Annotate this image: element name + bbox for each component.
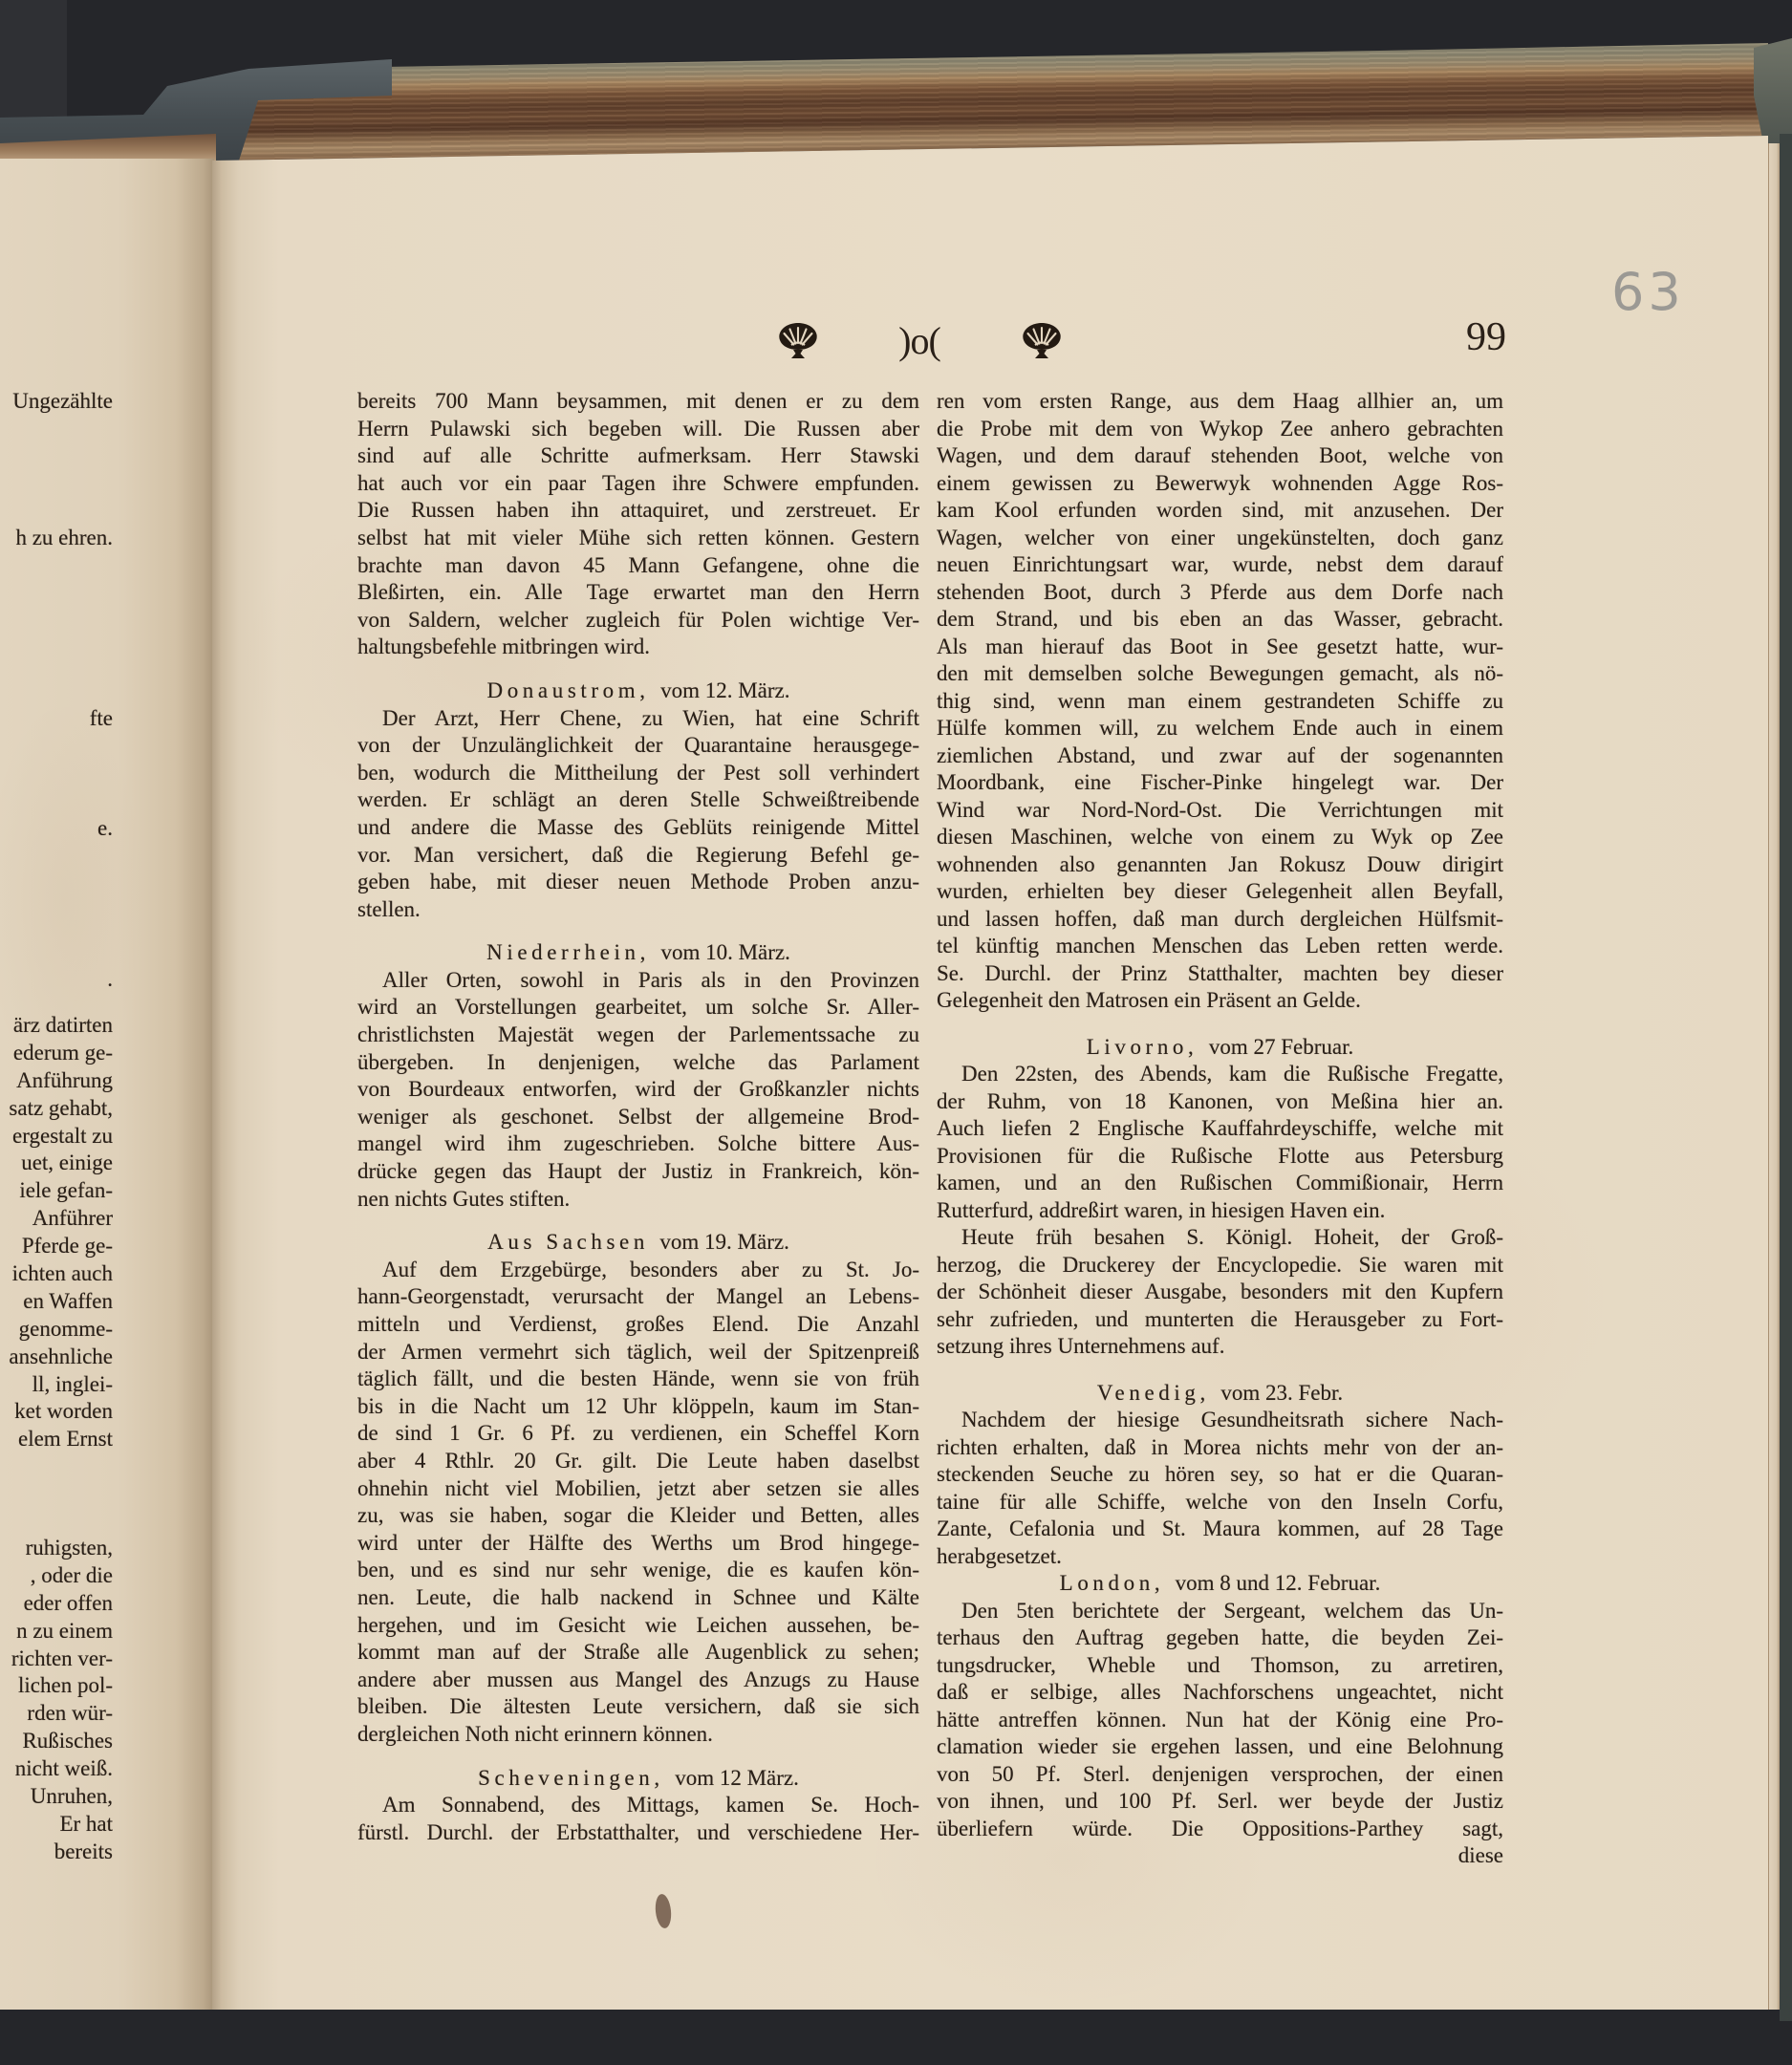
text-line: bis in die Nacht um 12 Uhr klöppeln, kau… xyxy=(357,1393,919,1421)
facing-page-fragment-line: Anführung xyxy=(0,1067,113,1095)
text-line: von der Unzulänglichkeit der Quarantaine… xyxy=(357,732,919,760)
page-number: 99 xyxy=(1453,315,1506,359)
text-line: Herrn Pulawski sich begeben will. Die Ru… xyxy=(357,416,919,443)
heading-date: vom 8 und 12. Februar. xyxy=(1176,1571,1381,1595)
facing-page-fragment-line: n zu einem xyxy=(0,1618,113,1646)
text-line: brachte man davon 45 Mann Gefangene, ohn… xyxy=(357,552,919,580)
cover-edge xyxy=(1780,134,1792,2021)
text-line: haltungsbefehle mitbringen wird. xyxy=(357,634,919,661)
text-line: zu, was sie haben, sogar die Kleider und… xyxy=(357,1502,919,1530)
text-line: taine für alle Schiffe, welche von den I… xyxy=(937,1489,1503,1516)
text-line: neuen Einrichtungsart war, wurde, nebst … xyxy=(937,551,1503,579)
text-line: tel künftig manchen Menschen das Leben r… xyxy=(937,933,1503,960)
text-line: christlichsten Majestät wegen der Parlem… xyxy=(357,1022,919,1049)
text-line: wurden, erhielten bey dieser Gelegenheit… xyxy=(937,878,1503,906)
text-line: übergeben. In denjenigen, welche das Par… xyxy=(357,1049,919,1077)
text-line: Gelegenheit den Matrosen ein Präsent an … xyxy=(937,987,1503,1015)
facing-page-fragment-line: e. xyxy=(0,815,113,843)
text-line: wird an Vorstellungen gearbeitet, um sol… xyxy=(357,994,919,1022)
text-line: überliefern würde. Die Oppositions-Parth… xyxy=(937,1816,1503,1843)
facing-page-fragment-line: nicht weiß. xyxy=(0,1755,113,1783)
text-line: fürstl. Durchl. der Erbstatthalter, und … xyxy=(357,1819,919,1847)
text-line: und andere die Masse des Geblüts reinige… xyxy=(357,814,919,842)
article-heading: Scheveningen,vom 12 März. xyxy=(357,1765,919,1793)
article-heading: Venedig,vom 23. Febr. xyxy=(937,1380,1503,1408)
text-line: Se. Durchl. der Prinz Statthalter, macht… xyxy=(937,960,1503,988)
article: Venedig,vom 23. Febr. Nachdem der hiesig… xyxy=(937,1380,1503,1571)
text-line: der Schönheit dieser Ausgabe, besonders … xyxy=(937,1279,1503,1306)
text-line: der Armen vermehrt sich täglich, weil de… xyxy=(357,1339,919,1366)
text-line: vor. Man versichert, daß die Regierung B… xyxy=(357,842,919,870)
text-line: stehenden Boot, durch 3 Pferde aus dem D… xyxy=(937,579,1503,607)
heading-date: vom 19. März. xyxy=(659,1230,788,1254)
text-line: hergehen, und im Gesicht wie Leichen aus… xyxy=(357,1612,919,1640)
text-line: weniger als geschonet. Selbst der allgem… xyxy=(357,1104,919,1131)
heading-place: Niederrhein, xyxy=(486,940,650,964)
text-line: werden. Er schlägt an deren Stelle Schwe… xyxy=(357,786,919,814)
text-line: bereits 700 Mann beysammen, mit denen er… xyxy=(357,388,919,416)
text-line: stellen. xyxy=(357,896,919,924)
text-line: den mit demselben solche Bewegungen gema… xyxy=(937,660,1503,688)
text-line: bleiben. Die ältesten Leute versichern, … xyxy=(357,1693,919,1721)
text-line: clamation wieder sie ergehen lassen, und… xyxy=(937,1733,1503,1761)
text-line: steckenden Seuche zu hören sey, so hat e… xyxy=(937,1461,1503,1489)
column-right: ren vom ersten Range, aus dem Haag allhi… xyxy=(937,388,1503,1870)
text-line: richten erhalten, daß in Morea nichts me… xyxy=(937,1434,1503,1462)
text-line: tungsdrucker, Wheble und Thomson, zu arr… xyxy=(937,1652,1503,1680)
text-line: Der Arzt, Herr Chene, zu Wien, hat eine … xyxy=(357,705,919,733)
text-line: Heute früh besahen S. Königl. Hoheit, de… xyxy=(937,1224,1503,1252)
article-heading: Livorno,vom 27 Februar. xyxy=(937,1034,1503,1062)
text-line: wird unter der Hälfte des Werths um Brod… xyxy=(357,1530,919,1558)
text-line: wohnenden also genannten Jan Rokusz Douw… xyxy=(937,851,1503,879)
text-line: dergleichen Noth nicht erinnern können. xyxy=(357,1721,919,1749)
facing-page-fragment-line: ll, inglei- xyxy=(0,1371,113,1399)
facing-page-fragment-line: Anführer xyxy=(0,1205,113,1233)
text-line: Moordbank, eine Fischer-Pinke hingelegt … xyxy=(937,769,1503,797)
facing-page-fragment-line: elem Ernst xyxy=(0,1426,113,1453)
text-line: ren vom ersten Range, aus dem Haag allhi… xyxy=(937,388,1503,416)
text-line: diesen Maschinen, welche von einem zu Wy… xyxy=(937,824,1503,851)
text-line: von Bourdeaux entworfen, wird der Großka… xyxy=(357,1076,919,1104)
shell-ornament-icon xyxy=(1020,322,1064,360)
heading-place: Donaustrom, xyxy=(487,678,650,702)
article-heading: London,vom 8 und 12. Februar. xyxy=(937,1570,1503,1598)
text-line: aber 4 Rthlr. 20 Gr. gilt. Die Leute hab… xyxy=(357,1448,919,1475)
text-line: Nachdem der hiesige Gesundheitsrath sich… xyxy=(937,1407,1503,1434)
facing-page-fragment-line: ket worden xyxy=(0,1398,113,1426)
text-line: Als man hierauf das Boot in See gesetzt … xyxy=(937,634,1503,661)
text-line: Auf dem Erzgebürge, besonders aber zu St… xyxy=(357,1257,919,1284)
facing-page-fragment-line: rden wür- xyxy=(0,1700,113,1728)
text-line: selbst hat mit vieler Mühe sich retten k… xyxy=(357,525,919,552)
text-line: Bleßirten, ein. Alle Tage erwartet man d… xyxy=(357,579,919,607)
facing-page-fragment-line: ergestalt zu xyxy=(0,1123,113,1151)
heading-place: Livorno, xyxy=(1087,1035,1198,1059)
facing-page-fragment-line: bereits xyxy=(0,1839,113,1866)
facing-page-fragment-line: richten ver- xyxy=(0,1646,113,1673)
facing-page-fragment-line: eder offen xyxy=(0,1590,113,1618)
text-line: mitteln und Verdienst, großes Elend. Die… xyxy=(357,1311,919,1339)
facing-page-fragment-line: Unruhen, xyxy=(0,1783,113,1811)
facing-page-fragment-line: satz gehabt, xyxy=(0,1095,113,1123)
text-line: ziemlichen Abstand, und zwar auf der sog… xyxy=(937,742,1503,770)
text-line: hat auch vor ein paar Tagen ihre Schwere… xyxy=(357,470,919,498)
text-line: andere aber mussen aus Mangel des Anzugs… xyxy=(357,1667,919,1694)
text-line: Den 22sten, des Abends, kam die Rußische… xyxy=(937,1061,1503,1088)
text-line: thig sind, wenn man einem gestrandeten S… xyxy=(937,688,1503,716)
text-line: drücke gegen das Haupt der Justiz in Fra… xyxy=(357,1158,919,1186)
heading-date: vom 12. März. xyxy=(660,678,789,702)
text-line: Die Russen haben ihn attaquiret, und zer… xyxy=(357,497,919,525)
article: Livorno,vom 27 Februar. Den 22sten, des … xyxy=(937,1034,1503,1225)
text-line: nen. Leute, die halb nackend in Schnee u… xyxy=(357,1584,919,1612)
text-line: von Saldern, welcher zugleich für Polen … xyxy=(357,607,919,635)
text-line: der Ruhm, von 18 Kanonen, von Meßina hie… xyxy=(937,1088,1503,1116)
text-line: setzung ihres Unternehmens auf. xyxy=(937,1333,1503,1361)
center-ornament: )o( xyxy=(876,318,962,364)
text-line: kommt man auf der Straße alle Augenblick… xyxy=(357,1639,919,1667)
facing-page-fragment-line: Ungezählte xyxy=(0,388,113,416)
facing-page-fragment-line: , oder die xyxy=(0,1562,113,1590)
text-line: Hülfe kommen will, zu welchem Ende auch … xyxy=(937,715,1503,742)
scanner-background xyxy=(0,0,67,119)
facing-page-fragment-line: ichten auch xyxy=(0,1260,113,1288)
article-heading: Aus Sachsenvom 19. März. xyxy=(357,1229,919,1257)
text-line: kam Kool erfunden worden sind, mit anzus… xyxy=(937,497,1503,525)
facing-page-fragment-line: Pferde ge- xyxy=(0,1233,113,1260)
text-line: dem Strand, und bis eben an das Wasser, … xyxy=(937,606,1503,634)
text-line: Zante, Cefalonia und St. Maura kommen, a… xyxy=(937,1516,1503,1543)
heading-date: vom 10. März. xyxy=(660,940,789,964)
text-line: Wagen, welcher von einer ungekünstelten,… xyxy=(937,525,1503,552)
facing-page-fragment-line: ruhigsten, xyxy=(0,1535,113,1562)
shell-ornament-icon xyxy=(776,322,820,360)
page-fore-edge xyxy=(1768,143,1780,2010)
text-line: Auch liefen 2 Englische Kauffahrdeyschif… xyxy=(937,1115,1503,1143)
facing-page-fragment-line: Er hat xyxy=(0,1811,113,1839)
article: bereits 700 Mann beysammen, mit denen er… xyxy=(357,388,919,661)
article: Heute früh besahen S. Königl. Hoheit, de… xyxy=(937,1224,1503,1361)
heading-place: Aus Sachsen xyxy=(487,1230,649,1254)
facing-page-fragment-line: fte xyxy=(0,705,113,733)
heading-date: vom 12 März. xyxy=(675,1766,799,1790)
text-line: sehr zufrieden, und munterten die Heraus… xyxy=(937,1306,1503,1334)
facing-page-fragment-line: iele gefan- xyxy=(0,1177,113,1205)
heading-place: Venedig, xyxy=(1097,1381,1210,1405)
text-line: ben, und es sind nur sehr wenige, die es… xyxy=(357,1557,919,1584)
text-line: nen nichts Gutes stiften. xyxy=(357,1186,919,1214)
text-line: hann-Georgenstadt, verursacht der Mangel… xyxy=(357,1283,919,1311)
article-heading: Niederrhein,vom 10. März. xyxy=(357,939,919,967)
facing-page-fragment-line: ederum ge- xyxy=(0,1040,113,1067)
text-line: terhaus den Auftrag gegeben hatte, die b… xyxy=(937,1624,1503,1652)
facing-page-fragment-line: lichen pol- xyxy=(0,1672,113,1700)
facing-page-fragment-line: h zu ehren. xyxy=(0,525,113,552)
text-line: Wagen, und dem darauf stehenden Boot, we… xyxy=(937,442,1503,470)
heading-date: vom 23. Febr. xyxy=(1220,1381,1343,1405)
text-line: von ihnen, und 100 Pf. Serl. wer beyde d… xyxy=(937,1788,1503,1816)
text-line: Provisionen für die Rußische Flotte aus … xyxy=(937,1143,1503,1171)
catchword: diese xyxy=(937,1842,1503,1870)
text-line: ohnehin nicht viel Mobilien, jetzt aber … xyxy=(357,1475,919,1503)
text-line: Den 5ten berichtete der Sergeant, welche… xyxy=(937,1598,1503,1625)
facing-page-fragment-block: ruhigsten, , oder die eder offen n zu ei… xyxy=(0,1535,113,1866)
heading-place: London, xyxy=(1060,1571,1165,1595)
article: ren vom ersten Range, aus dem Haag allhi… xyxy=(937,388,1503,1015)
column-left: bereits 700 Mann beysammen, mit denen er… xyxy=(357,388,919,1846)
text-line: kamen, und an den Rußischen Commißionair… xyxy=(937,1170,1503,1197)
text-line: Wind war Nord-Nord-Ost. Die Verrichtunge… xyxy=(937,797,1503,825)
text-line: einem gewissen zu Bewerwyk wohnenden Agg… xyxy=(937,470,1503,498)
text-line: daß er selbige, alles Nachforschens unge… xyxy=(937,1679,1503,1707)
article: London,vom 8 und 12. Februar. Den 5ten b… xyxy=(937,1570,1503,1842)
pencil-folio-number: 63 xyxy=(1611,264,1685,321)
facing-page-fragment-line: Rußisches xyxy=(0,1728,113,1755)
article-heading: Donaustrom,vom 12. März. xyxy=(357,678,919,705)
text-line: herzog, die Druckerey der Encyclopedie. … xyxy=(937,1252,1503,1280)
facing-page-fragment-line: ansehnliche xyxy=(0,1344,113,1371)
heading-date: vom 27 Februar. xyxy=(1209,1035,1353,1059)
text-line: und lassen hoffen, daß man durch derglei… xyxy=(937,906,1503,934)
text-line: ben, wodurch die Mittheilung der Pest so… xyxy=(357,760,919,787)
facing-page-fragment-line: genomme- xyxy=(0,1316,113,1344)
text-line: de sind 1 Gr. 6 Pf. zu verdienen, ein Sc… xyxy=(357,1420,919,1448)
text-line: Aller Orten, sowohl in Paris als in den … xyxy=(357,967,919,995)
text-line: von 50 Pf. Sterl. denjenigen versprochen… xyxy=(937,1761,1503,1789)
text-line: hätte antreffen können. Nun hat der Köni… xyxy=(937,1707,1503,1734)
text-line: herabgesetzet. xyxy=(937,1543,1503,1571)
facing-page-fragment-line: uet, einige xyxy=(0,1150,113,1177)
facing-page-fragment-line: . xyxy=(0,966,113,994)
article: Aus Sachsenvom 19. März. Auf dem Erzgebü… xyxy=(357,1229,919,1748)
text-line: die Probe mit dem von Wykop Zee anhero g… xyxy=(937,416,1503,443)
text-line: sind auf alle Schritte aufmerksam. Herr … xyxy=(357,442,919,470)
heading-place: Scheveningen, xyxy=(478,1766,664,1790)
text-line: täglich fällt, und die besten Hände, wen… xyxy=(357,1366,919,1393)
text-line: Am Sonnabend, des Mittags, kamen Se. Hoc… xyxy=(357,1792,919,1819)
article: Niederrhein,vom 10. März. Aller Orten, s… xyxy=(357,939,919,1213)
article: Donaustrom,vom 12. März. Der Arzt, Herr … xyxy=(357,678,919,923)
facing-page-fragment-block: ärz datirten ederum ge- Anführung satz g… xyxy=(0,1012,113,1453)
article: Scheveningen,vom 12 März. Am Sonnabend, … xyxy=(357,1765,919,1847)
facing-page-fragment-line: ärz datirten xyxy=(0,1012,113,1040)
text-line: Rutterfurd, addreßirt waren, in hiesigen… xyxy=(937,1197,1503,1225)
text-line: geben habe, mit dieser neuen Methode Pro… xyxy=(357,869,919,896)
text-line: mangel wird ihm zugeschrieben. Solche bi… xyxy=(357,1130,919,1158)
facing-page-fragment-line: en Waffen xyxy=(0,1288,113,1316)
